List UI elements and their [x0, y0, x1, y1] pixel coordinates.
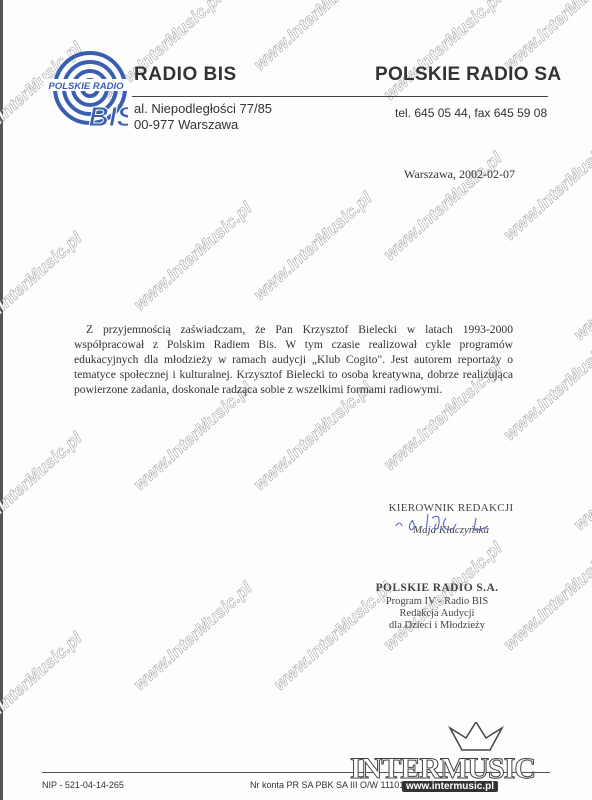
watermark-text: www.InterMusic.pl: [570, 418, 592, 535]
stamp-line-2: Program IV - Radio BIS: [362, 596, 512, 608]
watermark-text: www.InterMusic.pl: [380, 148, 506, 265]
radio-bis-logo: POLSKIE RADIO BIS: [42, 46, 128, 132]
watermark-text: www.InterMusic.pl: [380, 0, 506, 105]
letter-body: Z przyjemnością zaświadczam, że Pan Krzy…: [74, 322, 513, 397]
watermark-text: www.InterMusic.pl: [250, 188, 376, 305]
watermark-text: www.InterMusic.pl: [250, 0, 376, 75]
company-stamp: POLSKIE RADIO S.A. Program IV - Radio BI…: [362, 582, 512, 632]
address-line-2: 00-977 Warszawa: [134, 117, 272, 133]
contact-info: tel. 645 05 44, fax 645 59 08: [395, 106, 547, 120]
header-divider: [132, 96, 548, 97]
intermusic-url: www.intermusic.pl: [402, 781, 498, 792]
stamp-line-1: POLSKIE RADIO S.A.: [362, 582, 512, 594]
station-name: RADIO BIS: [134, 64, 237, 86]
address-line-1: al. Niepodległości 77/85: [134, 101, 272, 117]
watermark-text: www.InterMusic.pl: [0, 428, 86, 545]
watermark-text: www.InterMusic.pl: [130, 578, 256, 695]
body-paragraph: Z przyjemnością zaświadczam, że Pan Krzy…: [74, 322, 513, 397]
svg-text:POLSKIE RADIO: POLSKIE RADIO: [49, 81, 125, 92]
watermark-text: www.InterMusic.pl: [130, 198, 256, 315]
watermark-text: www.InterMusic.pl: [500, 538, 592, 655]
stamp-line-4: dla Dzieci i Młodzieży: [362, 620, 512, 632]
watermark-text: www.InterMusic.pl: [500, 328, 592, 445]
letter-date: Warszawa, 2002-02-07: [404, 167, 515, 182]
svg-text:BIS: BIS: [89, 101, 128, 132]
handwritten-signature: [378, 510, 498, 534]
watermark-text: www.InterMusic.pl: [500, 128, 592, 245]
watermark-text: www.InterMusic.pl: [570, 228, 592, 345]
stamp-line-3: Redakcja Audycji: [362, 608, 512, 620]
watermark-text: www.InterMusic.pl: [0, 628, 86, 745]
address: al. Niepodległości 77/85 00-977 Warszawa: [134, 101, 272, 133]
page-edge: [0, 0, 3, 800]
company-name: POLSKIE RADIO SA: [375, 64, 561, 86]
tax-id: NIP - 521-04-14-265: [42, 780, 124, 790]
